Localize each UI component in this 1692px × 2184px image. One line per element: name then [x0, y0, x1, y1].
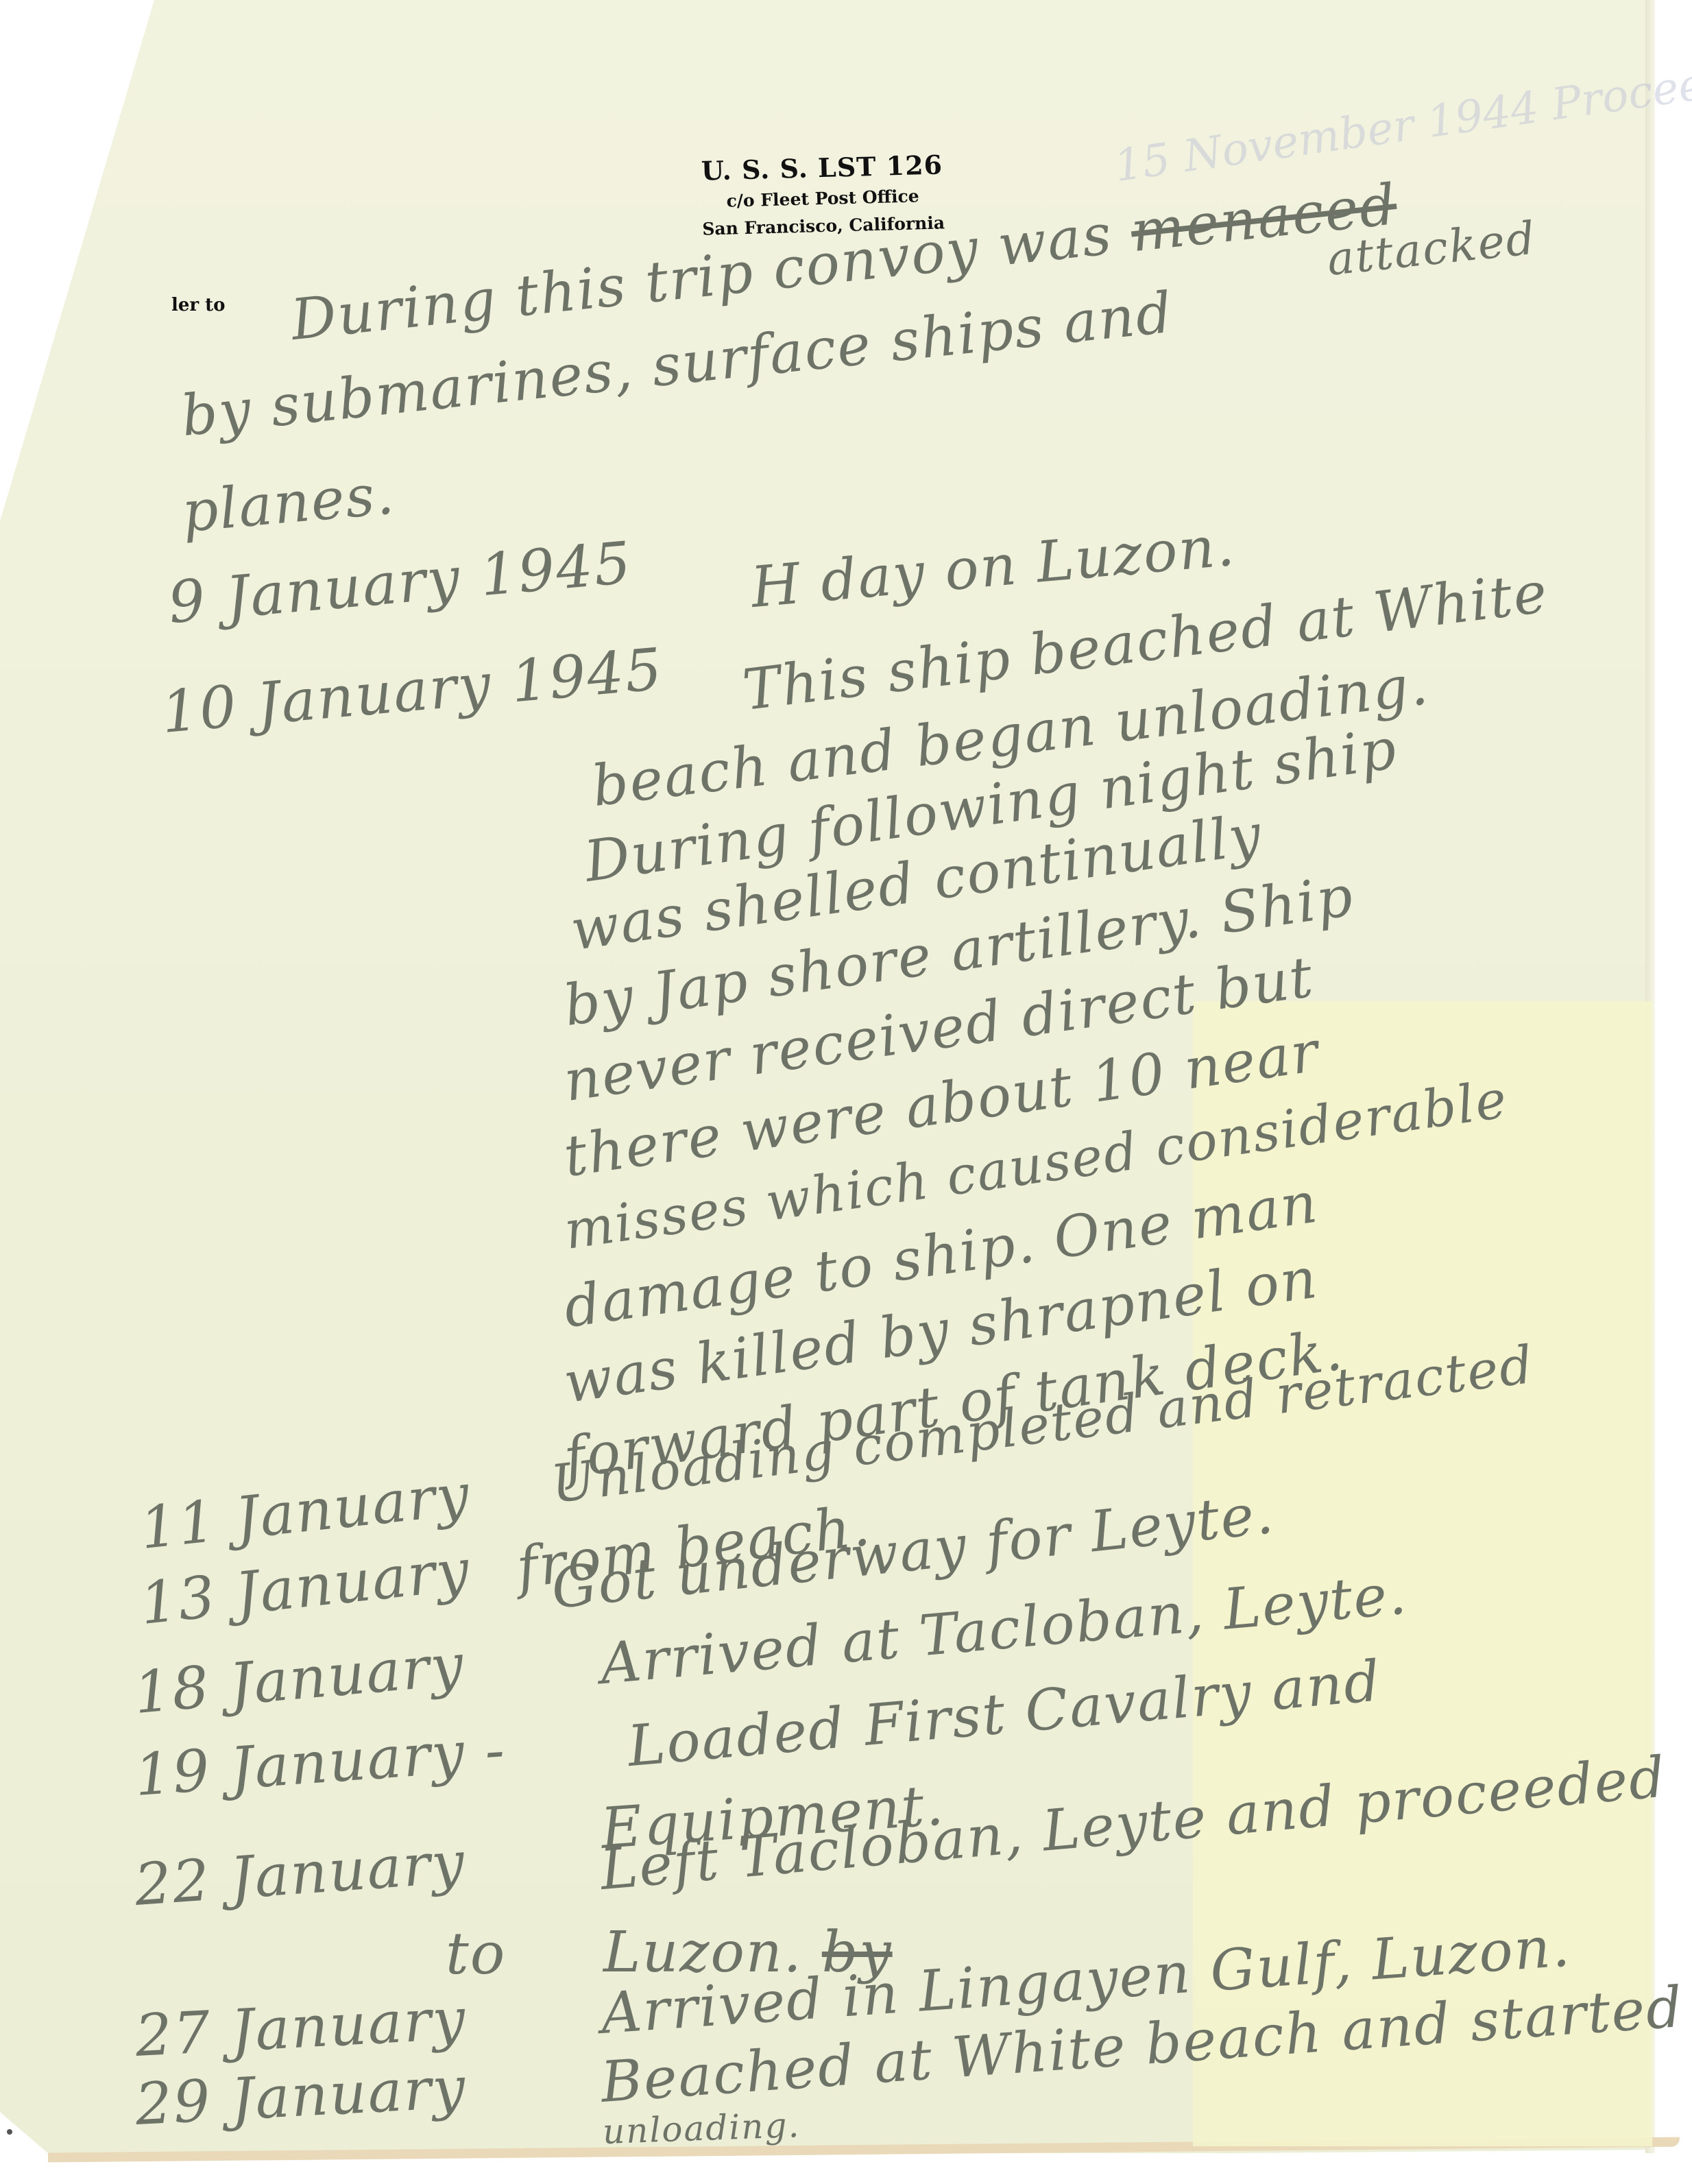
refer-to-label: ler to	[171, 295, 226, 315]
ink-speck	[7, 2129, 12, 2135]
entry-line: unloading.	[602, 2105, 801, 2152]
entry-date: to	[446, 1920, 506, 1987]
